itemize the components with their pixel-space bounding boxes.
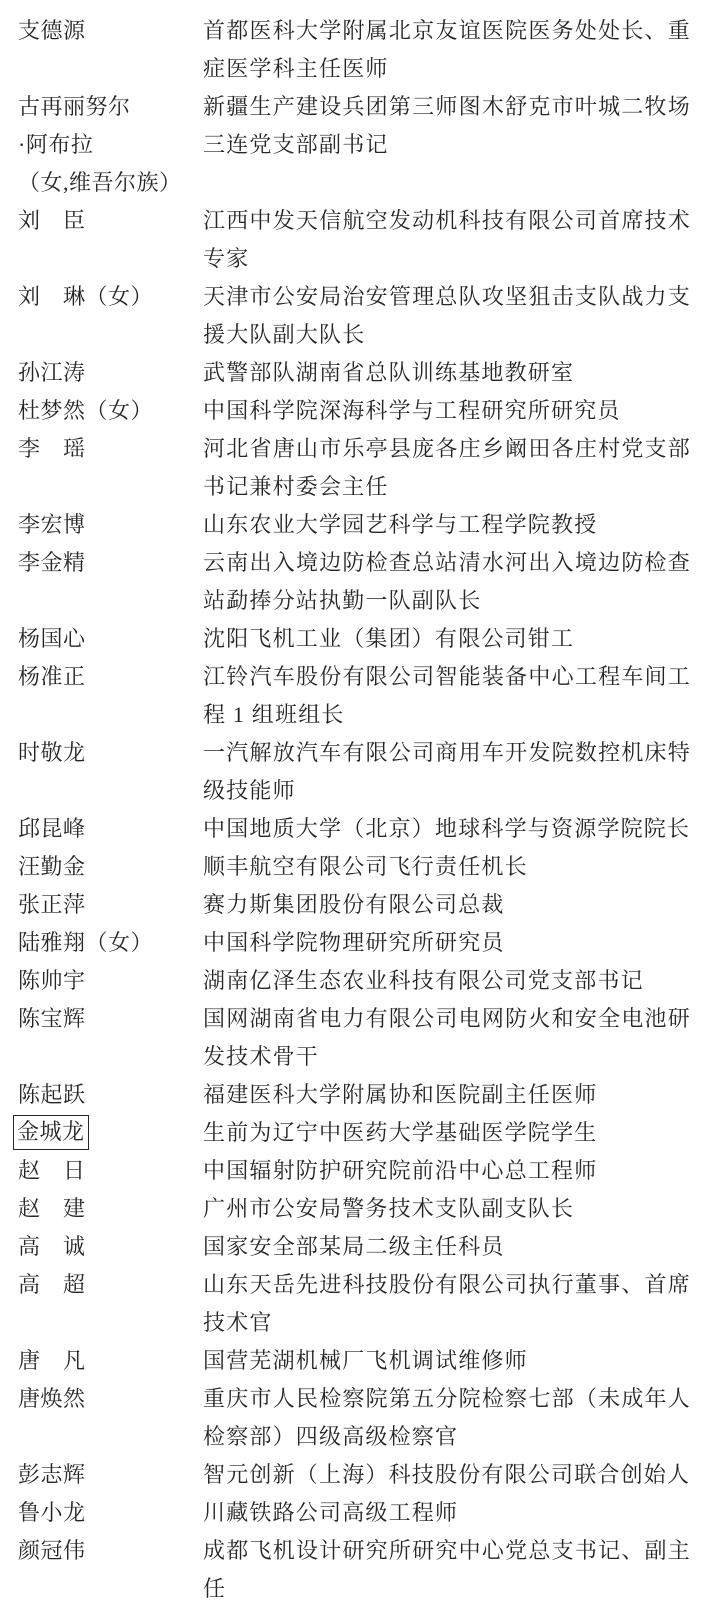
person-description: 江西中发天信航空发动机科技有限公司首席技术专家 (203, 202, 691, 278)
person-name-cell: 金城龙 (18, 1114, 203, 1152)
person-name-text: 杜梦然（女） (18, 398, 153, 423)
person-name-cell: 赵 日 (18, 1152, 203, 1190)
person-description: 中国地质大学（北京）地球科学与资源学院院长 (203, 810, 691, 848)
person-description: 国家安全部某局二级主任科员 (203, 1228, 691, 1266)
roster-row: 赵 日 中国辐射防护研究院前沿中心总工程师 (18, 1152, 710, 1190)
document-page: 支德源 首都医科大学附属北京友谊医院医务处处长、重症医学科主任医师 古再丽努尔 … (0, 0, 710, 1608)
roster-row: 赵 建 广州市公安局警务技术支队副支队长 (18, 1190, 710, 1228)
person-description: 武警部队湖南省总队训练基地教研室 (203, 354, 691, 392)
person-name-text: 古再丽努尔 ·阿布拉 （女,维吾尔族） (18, 94, 182, 195)
roster-row: 唐焕然 重庆市人民检察院第五分院检察七部（未成年人检察部）四级高级检察官 (18, 1380, 710, 1456)
roster-row: 刘 琳（女） 天津市公安局治安管理总队攻坚狙击支队战力支援大队副大队长 (18, 278, 710, 354)
person-description: 赛力斯集团股份有限公司总裁 (203, 886, 691, 924)
person-name-cell: 高 诚 (18, 1228, 203, 1266)
person-description: 中国辐射防护研究院前沿中心总工程师 (203, 1152, 691, 1190)
person-name-cell: 陈帅宇 (18, 962, 203, 1000)
roster-list: 支德源 首都医科大学附属北京友谊医院医务处处长、重症医学科主任医师 古再丽努尔 … (18, 12, 710, 1608)
person-name-cell: 杜梦然（女） (18, 392, 203, 430)
person-description: 国网湖南省电力有限公司电网防火和安全电池研发技术骨干 (203, 1000, 691, 1076)
person-name-cell: 唐焕然 (18, 1380, 203, 1418)
person-name-cell: 时敬龙 (18, 734, 203, 772)
roster-row: 古再丽努尔 ·阿布拉 （女,维吾尔族） 新疆生产建设兵团第三师图木舒克市叶城二牧… (18, 88, 710, 202)
person-description: 智元创新（上海）科技股份有限公司联合创始人 (203, 1456, 691, 1494)
person-description: 成都飞机设计研究所研究中心党总支书记、副主任 (203, 1532, 691, 1608)
person-name-cell: 颜冠伟 (18, 1532, 203, 1570)
person-name-cell: 李 瑶 (18, 430, 203, 468)
person-name-cell: 刘 琳（女） (18, 278, 203, 316)
person-name-text: 唐 凡 (18, 1348, 86, 1373)
roster-row: 唐 凡 国营芜湖机械厂飞机调试维修师 (18, 1342, 710, 1380)
person-description: 山东农业大学园艺科学与工程学院教授 (203, 506, 691, 544)
person-name-cell: 孙江涛 (18, 354, 203, 392)
person-name-text: 孙江涛 (18, 360, 86, 385)
person-name-text: 高 诚 (18, 1234, 86, 1259)
person-name-cell: 张正萍 (18, 886, 203, 924)
roster-row: 杨准正 江铃汽车股份有限公司智能装备中心工程车间工程 1 组班组长 (18, 658, 710, 734)
roster-row: 汪勤金 顺丰航空有限公司飞行责任机长 (18, 848, 710, 886)
roster-row: 金城龙 生前为辽宁中医药大学基础医学院学生 (18, 1114, 710, 1152)
person-name-text: 刘 琳（女） (18, 284, 153, 309)
person-name-text: 陆雅翔（女） (18, 930, 153, 955)
person-name-cell: 高 超 (18, 1266, 203, 1304)
person-name-cell: 古再丽努尔 ·阿布拉 （女,维吾尔族） (18, 88, 203, 202)
person-name-text: 赵 日 (18, 1158, 86, 1183)
person-name-cell: 杨准正 (18, 658, 203, 696)
person-description: 福建医科大学附属协和医院副主任医师 (203, 1076, 691, 1114)
roster-row: 李宏博 山东农业大学园艺科学与工程学院教授 (18, 506, 710, 544)
person-name-text: 时敬龙 (18, 740, 86, 765)
person-name-text: 陈帅宇 (18, 968, 86, 993)
person-description: 中国科学院物理研究所研究员 (203, 924, 691, 962)
person-name-text: 鲁小龙 (18, 1500, 86, 1525)
person-name-cell: 支德源 (18, 12, 203, 50)
person-name-cell: 汪勤金 (18, 848, 203, 886)
person-description: 生前为辽宁中医药大学基础医学院学生 (203, 1114, 691, 1152)
roster-row: 刘 臣 江西中发天信航空发动机科技有限公司首席技术专家 (18, 202, 710, 278)
person-description: 山东天岳先进科技股份有限公司执行董事、首席技术官 (203, 1266, 691, 1342)
person-name-text: 金城龙 (13, 1115, 89, 1150)
person-name-cell: 邱昆峰 (18, 810, 203, 848)
person-name-text: 邱昆峰 (18, 816, 86, 841)
person-name-cell: 陈起跃 (18, 1076, 203, 1114)
person-name-text: 李宏博 (18, 512, 86, 537)
person-name-cell: 赵 建 (18, 1190, 203, 1228)
person-name-cell: 鲁小龙 (18, 1494, 203, 1532)
person-name-cell: 刘 臣 (18, 202, 203, 240)
person-name-text: 颜冠伟 (18, 1538, 86, 1563)
person-name-text: 刘 臣 (18, 208, 86, 233)
person-name-cell: 陈宝辉 (18, 1000, 203, 1038)
person-name-cell: 唐 凡 (18, 1342, 203, 1380)
roster-row: 支德源 首都医科大学附属北京友谊医院医务处处长、重症医学科主任医师 (18, 12, 710, 88)
roster-row: 陈帅宇 湖南亿泽生态农业科技有限公司党支部书记 (18, 962, 710, 1000)
person-description: 广州市公安局警务技术支队副支队长 (203, 1190, 691, 1228)
roster-row: 颜冠伟 成都飞机设计研究所研究中心党总支书记、副主任 (18, 1532, 710, 1608)
roster-row: 杜梦然（女） 中国科学院深海科学与工程研究所研究员 (18, 392, 710, 430)
roster-row: 孙江涛 武警部队湖南省总队训练基地教研室 (18, 354, 710, 392)
person-name-text: 陈宝辉 (18, 1006, 86, 1031)
person-description: 天津市公安局治安管理总队攻坚狙击支队战力支援大队副大队长 (203, 278, 691, 354)
person-name-text: 杨国心 (18, 626, 86, 651)
person-name-cell: 彭志辉 (18, 1456, 203, 1494)
person-description: 国营芜湖机械厂飞机调试维修师 (203, 1342, 691, 1380)
person-name-cell: 李金精 (18, 544, 203, 582)
person-description: 云南出入境边防检查总站清水河出入境边防检查站勐捧分站执勤一队副队长 (203, 544, 691, 620)
roster-row: 时敬龙 一汽解放汽车有限公司商用车开发院数控机床特级技能师 (18, 734, 710, 810)
roster-row: 陆雅翔（女） 中国科学院物理研究所研究员 (18, 924, 710, 962)
roster-row: 李金精 云南出入境边防检查总站清水河出入境边防检查站勐捧分站执勤一队副队长 (18, 544, 710, 620)
person-name-cell: 李宏博 (18, 506, 203, 544)
person-description: 河北省唐山市乐亭县庞各庄乡阚田各庄村党支部书记兼村委会主任 (203, 430, 691, 506)
person-description: 江铃汽车股份有限公司智能装备中心工程车间工程 1 组班组长 (203, 658, 691, 734)
person-name-cell: 陆雅翔（女） (18, 924, 203, 962)
person-description: 重庆市人民检察院第五分院检察七部（未成年人检察部）四级高级检察官 (203, 1380, 691, 1456)
person-description: 顺丰航空有限公司飞行责任机长 (203, 848, 691, 886)
person-description: 一汽解放汽车有限公司商用车开发院数控机床特级技能师 (203, 734, 691, 810)
person-description: 沈阳飞机工业（集团）有限公司钳工 (203, 620, 691, 658)
roster-row: 鲁小龙 川藏铁路公司高级工程师 (18, 1494, 710, 1532)
person-name-text: 张正萍 (18, 892, 86, 917)
person-description: 新疆生产建设兵团第三师图木舒克市叶城二牧场三连党支部副书记 (203, 88, 691, 164)
person-name-text: 李金精 (18, 550, 86, 575)
person-name-text: 汪勤金 (18, 854, 86, 879)
roster-row: 高 超 山东天岳先进科技股份有限公司执行董事、首席技术官 (18, 1266, 710, 1342)
roster-row: 陈起跃 福建医科大学附属协和医院副主任医师 (18, 1076, 710, 1114)
person-name-text: 高 超 (18, 1272, 86, 1297)
roster-row: 高 诚 国家安全部某局二级主任科员 (18, 1228, 710, 1266)
roster-row: 张正萍 赛力斯集团股份有限公司总裁 (18, 886, 710, 924)
person-description: 川藏铁路公司高级工程师 (203, 1494, 691, 1532)
person-name-cell: 杨国心 (18, 620, 203, 658)
roster-row: 邱昆峰 中国地质大学（北京）地球科学与资源学院院长 (18, 810, 710, 848)
person-description: 湖南亿泽生态农业科技有限公司党支部书记 (203, 962, 691, 1000)
roster-row: 李 瑶 河北省唐山市乐亭县庞各庄乡阚田各庄村党支部书记兼村委会主任 (18, 430, 710, 506)
person-name-text: 唐焕然 (18, 1386, 86, 1411)
roster-row: 陈宝辉 国网湖南省电力有限公司电网防火和安全电池研发技术骨干 (18, 1000, 710, 1076)
person-description: 中国科学院深海科学与工程研究所研究员 (203, 392, 691, 430)
person-name-text: 杨准正 (18, 664, 86, 689)
person-name-text: 赵 建 (18, 1196, 86, 1221)
person-name-text: 李 瑶 (18, 436, 86, 461)
roster-row: 彭志辉 智元创新（上海）科技股份有限公司联合创始人 (18, 1456, 710, 1494)
person-name-text: 支德源 (18, 18, 86, 43)
person-name-text: 陈起跃 (18, 1082, 86, 1107)
roster-row: 杨国心 沈阳飞机工业（集团）有限公司钳工 (18, 620, 710, 658)
person-description: 首都医科大学附属北京友谊医院医务处处长、重症医学科主任医师 (203, 12, 691, 88)
person-name-text: 彭志辉 (18, 1462, 86, 1487)
